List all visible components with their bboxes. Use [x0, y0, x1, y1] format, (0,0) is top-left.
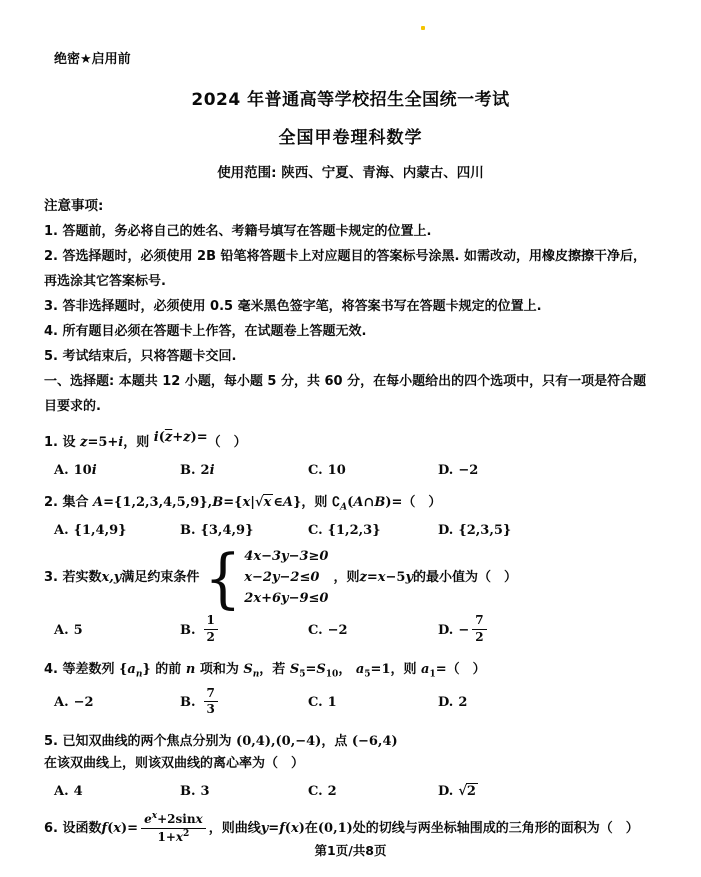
- option-value: √2: [458, 784, 478, 799]
- option-label: C.: [308, 695, 323, 710]
- option-value: 10: [328, 463, 346, 478]
- option-value: {2,3,5}: [458, 523, 511, 538]
- option-a: A.5: [54, 623, 180, 638]
- option-label: A.: [54, 523, 69, 538]
- notice-item-4: 4. 所有题目必须在答题卡上作答，在试题卷上答题无效.: [44, 319, 657, 344]
- page-footer: 第1页/共8页: [0, 841, 701, 859]
- option-label: C.: [308, 463, 323, 478]
- exam-page: 绝密★启用前 2024 年普通高等学校招生全国统一考试 全国甲卷理科数学 使用范…: [0, 0, 701, 877]
- question-4-stem: 4. 等差数列 {an} 的前 n 项和为 Sn，若 S5=S10， a5=1，…: [44, 659, 657, 681]
- option-b: B.{3,4,9}: [180, 523, 308, 538]
- option-label: A.: [54, 695, 69, 710]
- option-a: A.4: [54, 784, 180, 799]
- question-5: 5. 已知双曲线的两个焦点分别为 (0,4),(0,−4)，点 (−6,4) 在…: [44, 731, 657, 800]
- option-label: A.: [54, 623, 69, 638]
- option-a: A.10i: [54, 463, 180, 478]
- option-label: B.: [180, 784, 196, 799]
- option-label: B.: [180, 695, 196, 710]
- paper-title: 全国甲卷理科数学: [44, 123, 657, 148]
- option-label: C.: [308, 623, 323, 638]
- question-1: 1. 设 z=5+i，则 i(z+z)=（ ） A.10i B.2i C.10 …: [44, 432, 657, 479]
- option-a: A.−2: [54, 695, 180, 710]
- option-label: D.: [438, 523, 453, 538]
- question-5-stem: 5. 已知双曲线的两个焦点分别为 (0,4),(0,−4)，点 (−6,4) 在…: [44, 731, 657, 775]
- option-b: B.2i: [180, 463, 308, 478]
- question-3: 3. 若实数 x,y 满足约束条件 {4x−3y−3≥0x−2y−2≤02x+6…: [44, 548, 657, 646]
- option-label: D.: [438, 784, 453, 799]
- option-c: C.1: [308, 695, 438, 710]
- option-b: B.12: [180, 615, 308, 646]
- option-label: D.: [438, 463, 453, 478]
- question-4: 4. 等差数列 {an} 的前 n 项和为 Sn，若 S5=S10， a5=1，…: [44, 659, 657, 719]
- option-c: C.10: [308, 463, 438, 478]
- notice-item-5: 5. 考试结束后，只将答题卡交回.: [44, 344, 657, 369]
- option-value: {1,2,3}: [328, 523, 381, 538]
- notice-item-2: 2. 答选择题时，必须使用 2B 铅笔将答题卡上对应题目的答案标号涂黑. 如需改…: [44, 244, 657, 294]
- option-value: 12: [201, 615, 221, 646]
- option-value: 4: [74, 784, 83, 799]
- option-b: B.73: [180, 688, 308, 719]
- option-value: 10i: [74, 463, 97, 478]
- option-value: {3,4,9}: [201, 523, 254, 538]
- question-3-options: A.5 B.12 C.−2 D.−72: [44, 615, 657, 646]
- option-label: D.: [438, 623, 453, 638]
- option-value: 1: [328, 695, 337, 710]
- option-value: 2: [328, 784, 337, 799]
- option-value: −72: [458, 615, 489, 646]
- question-4-options: A.−2 B.73 C.1 D.2: [44, 688, 657, 719]
- scope-line: 使用范围: 陕西、宁夏、青海、内蒙古、四川: [44, 161, 657, 181]
- option-label: B.: [180, 623, 196, 638]
- question-2-options: A.{1,4,9} B.{3,4,9} C.{1,2,3} D.{2,3,5}: [44, 521, 657, 539]
- option-c: C.{1,2,3}: [308, 523, 438, 538]
- option-d: D.−2: [438, 463, 657, 478]
- option-value: 5: [74, 623, 83, 638]
- option-value: 3: [201, 784, 210, 799]
- question-3-stem: 3. 若实数 x,y 满足约束条件 {4x−3y−3≥0x−2y−2≤02x+6…: [44, 548, 657, 608]
- option-value: 73: [201, 688, 221, 719]
- option-value: {1,4,9}: [74, 523, 127, 538]
- option-a: A.{1,4,9}: [54, 523, 180, 538]
- section-heading: 一、选择题: 本题共 12 小题，每小题 5 分，共 60 分，在每小题给出的四…: [44, 369, 657, 419]
- option-c: C.2: [308, 784, 438, 799]
- option-label: A.: [54, 463, 69, 478]
- option-c: C.−2: [308, 623, 438, 638]
- exam-title: 2024 年普通高等学校招生全国统一考试: [44, 85, 657, 110]
- question-2-stem: 2. 集合 A={1,2,3,4,5,9},B={x|√x∈A}，则 ∁A(A∩…: [44, 492, 657, 514]
- notice-item-3: 3. 答非选择题时，必须使用 0.5 毫米黑色签字笔，将答案书写在答题卡规定的位…: [44, 294, 657, 319]
- option-label: B.: [180, 523, 196, 538]
- option-label: D.: [438, 695, 453, 710]
- option-d: D.{2,3,5}: [438, 523, 657, 538]
- option-d: D.2: [438, 695, 657, 710]
- artifact-dot: [421, 26, 425, 30]
- notice-heading: 注意事项:: [44, 194, 657, 219]
- option-value: −2: [458, 463, 478, 478]
- option-label: C.: [308, 784, 323, 799]
- notice-item-1: 1. 答题前，务必将自己的姓名、考籍号填写在答题卡规定的位置上.: [44, 219, 657, 244]
- option-d: D.√2: [438, 784, 657, 799]
- option-label: B.: [180, 463, 196, 478]
- option-label: C.: [308, 523, 323, 538]
- option-b: B.3: [180, 784, 308, 799]
- option-value: 2: [458, 695, 467, 710]
- question-2: 2. 集合 A={1,2,3,4,5,9},B={x|√x∈A}，则 ∁A(A∩…: [44, 492, 657, 539]
- secrecy-label: 绝密★启用前: [54, 48, 657, 67]
- option-d: D.−72: [438, 615, 657, 646]
- question-5-options: A.4 B.3 C.2 D.√2: [44, 782, 657, 800]
- option-label: A.: [54, 784, 69, 799]
- option-value: −2: [74, 695, 94, 710]
- question-1-options: A.10i B.2i C.10 D.−2: [44, 461, 657, 479]
- option-value: −2: [328, 623, 348, 638]
- option-value: 2i: [201, 463, 215, 478]
- question-1-stem: 1. 设 z=5+i，则 i(z+z)=（ ）: [44, 432, 657, 454]
